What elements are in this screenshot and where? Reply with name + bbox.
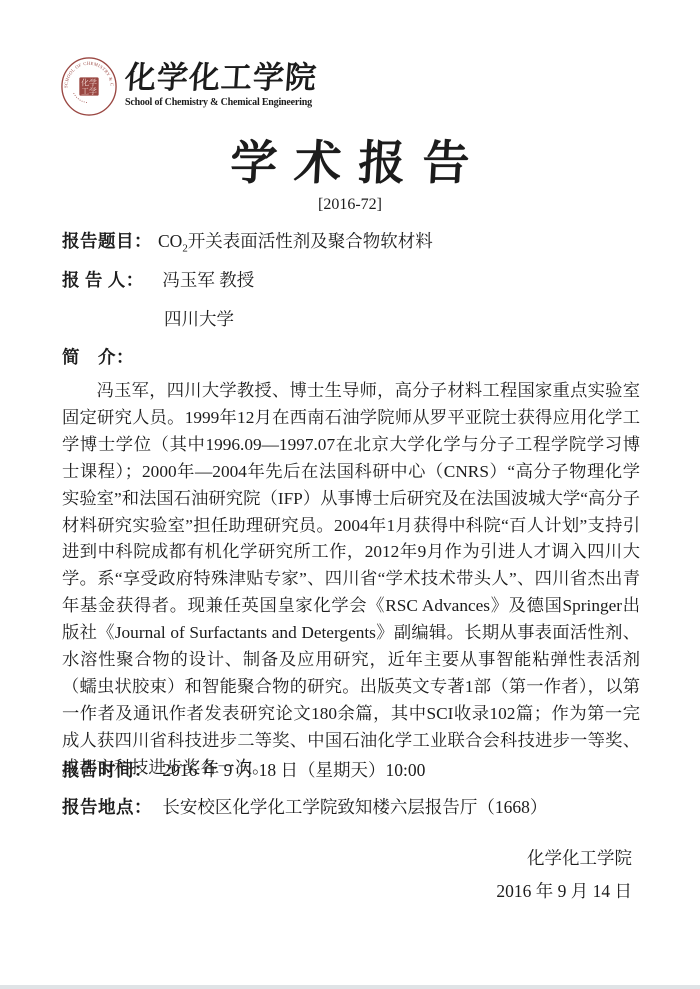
signature-organization: 化学化工学院 xyxy=(527,845,632,870)
document-number: [2016-72] xyxy=(0,196,700,214)
time-value: 2016 年 9 月 18 日（星期天）10:00 xyxy=(162,759,425,781)
school-name-block: 化学化工学院 School of Chemistry & Chemical En… xyxy=(125,56,317,108)
topic-text: 开关表面活性剂及聚合物软材料 xyxy=(188,231,433,251)
venue-row: 报告地点： 长安校区化学化工学院致知楼六层报告厅（1668） xyxy=(62,796,640,818)
school-name-english: School of Chemistry & Chemical Engineeri… xyxy=(125,97,317,108)
venue-label: 报告地点： xyxy=(62,796,158,818)
speaker-label: 报 告 人： xyxy=(62,269,158,291)
speaker-value: 冯玉军 教授 xyxy=(162,269,254,291)
seminar-announcement-page: SCHOOL OF CHEMISTRY & CHEMICAL ENGINEERI… xyxy=(0,0,700,989)
signature-date: 2016 年 9 月 14 日 xyxy=(496,878,632,903)
topic-row: 报告题目：CO2开关表面活性剂及聚合物软材料 xyxy=(62,230,640,260)
venue-value: 长安校区化学化工学院致知楼六层报告厅（1668） xyxy=(162,796,547,818)
topic-label: 报告题目： xyxy=(62,230,158,252)
school-name-chinese: 化学化工学院 xyxy=(124,61,318,95)
school-seal-icon: SCHOOL OF CHEMISTRY & CHEMICAL ENGINEERI… xyxy=(60,56,118,117)
page-bottom-edge xyxy=(0,985,700,989)
seal-center-line2: 工学 xyxy=(81,86,97,96)
time-label: 报告时间： xyxy=(62,759,158,781)
intro-label: 简 介： xyxy=(62,346,158,368)
speaker-row: 报 告 人： 冯玉军 教授 xyxy=(62,269,640,291)
time-row: 报告时间： 2016 年 9 月 18 日（星期天）10:00 xyxy=(62,759,640,781)
document-title: 学术报告 xyxy=(0,126,700,193)
speaker-affiliation-row: 四川大学 xyxy=(62,308,640,330)
school-logo: SCHOOL OF CHEMISTRY & CHEMICAL ENGINEERI… xyxy=(60,56,317,117)
intro-label-row: 简 介： xyxy=(62,346,640,368)
speaker-bio-paragraph: 冯玉军，四川大学教授、博士生导师，高分子材料工程国家重点实验室固定研究人员。19… xyxy=(62,378,640,782)
topic-value: CO2开关表面活性剂及聚合物软材料 xyxy=(158,230,433,260)
speaker-affiliation: 四川大学 xyxy=(164,308,234,330)
topic-formula-prefix: CO xyxy=(158,231,182,251)
